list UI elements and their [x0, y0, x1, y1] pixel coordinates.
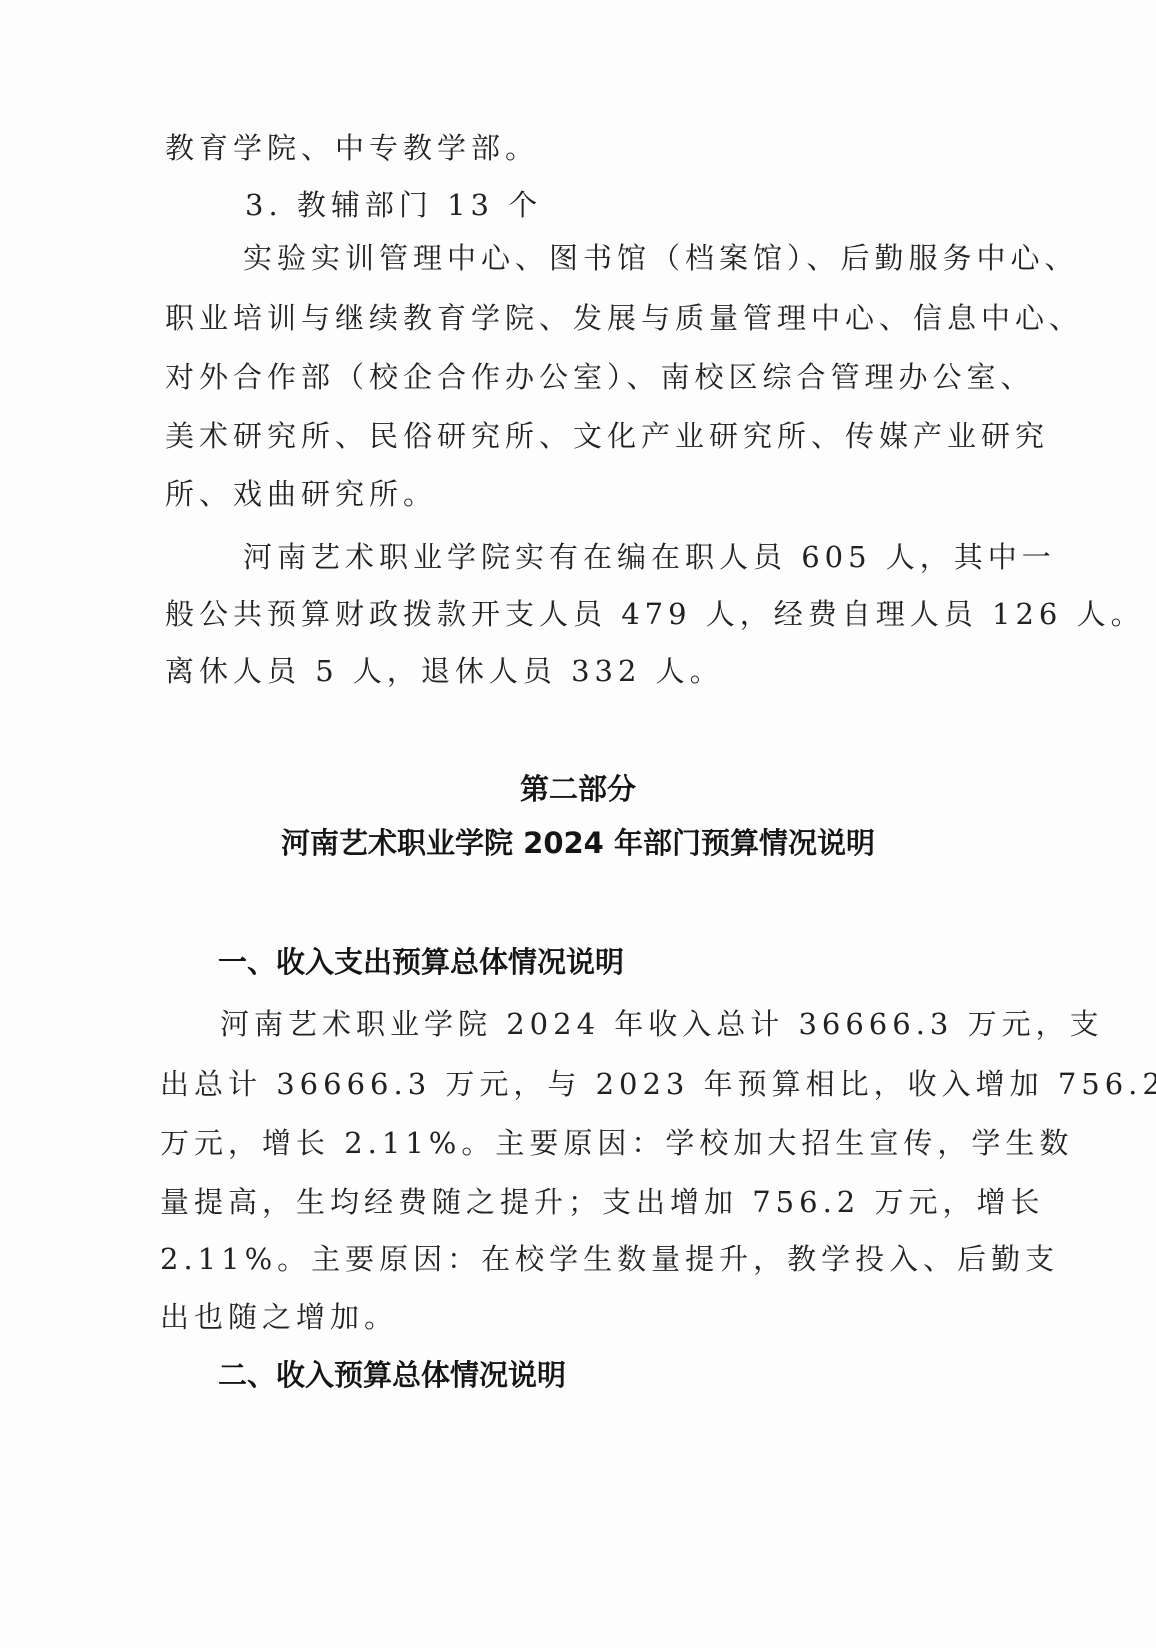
- body-text-line: 教育学院、中专教学部。: [165, 126, 539, 167]
- part-title: 河南艺术职业学院 2024 年部门预算情况说明: [0, 821, 1156, 862]
- body-text-line: 出总计 36666.3 万元，与 2023 年预算相比，收入增加 756.2: [160, 1062, 1156, 1103]
- section-heading: 二、收入预算总体情况说明: [218, 1353, 566, 1394]
- subsection-title: 3. 教辅部门 13 个: [245, 183, 542, 224]
- body-text-line: 实验实训管理中心、图书馆（档案馆）、后勤服务中心、: [243, 236, 1079, 277]
- part-label: 第二部分: [0, 767, 1156, 808]
- body-text-line: 所、戏曲研究所。: [165, 472, 437, 513]
- section-heading: 一、收入支出预算总体情况说明: [218, 940, 624, 981]
- body-text-line: 河南艺术职业学院实有在编在职人员 605 人，其中一: [243, 535, 1056, 576]
- body-text-line: 离休人员 5 人，退休人员 332 人。: [165, 649, 724, 690]
- body-text-line: 出也随之增加。: [160, 1295, 398, 1336]
- body-text-line: 对外合作部（校企合作办公室）、南校区综合管理办公室、: [165, 355, 1035, 396]
- body-text-line: 万元，增长 2.11%。主要原因：学校加大招生宣传，学生数: [160, 1121, 1073, 1162]
- body-text-line: 美术研究所、民俗研究所、文化产业研究所、传媒产业研究: [165, 414, 1049, 455]
- body-text-line: 河南艺术职业学院 2024 年收入总计 36666.3 万元，支: [220, 1002, 1104, 1043]
- document-page: 教育学院、中专教学部。 3. 教辅部门 13 个 实验实训管理中心、图书馆（档案…: [0, 0, 1156, 1648]
- body-text-line: 量提高，生均经费随之提升；支出增加 756.2 万元，增长: [160, 1180, 1044, 1221]
- body-text-line: 职业培训与继续教育学院、发展与质量管理中心、信息中心、: [165, 296, 1083, 337]
- body-text-line: 2.11%。主要原因：在校学生数量提升，教学投入、后勤支: [160, 1237, 1059, 1278]
- body-text-line: 般公共预算财政拨款开支人员 479 人，经费自理人员 126 人。: [165, 592, 1145, 633]
